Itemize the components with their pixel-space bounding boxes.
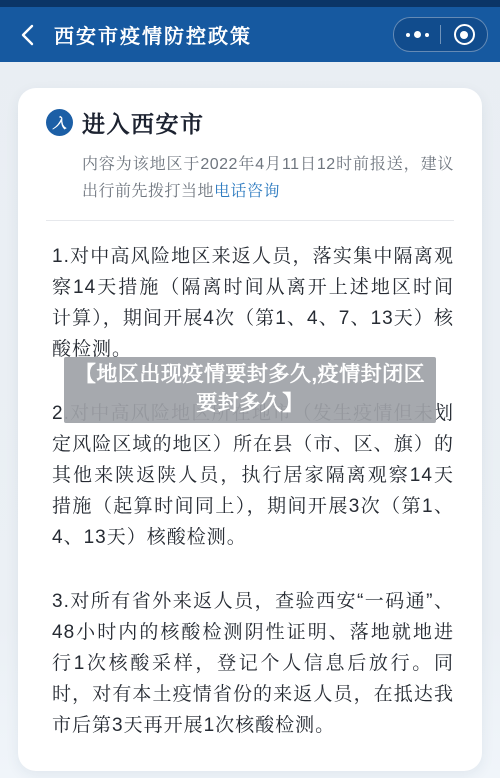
notice: 内容为该地区于2022年4月11日12时前报送，建议出行前先拨打当地电话咨询 bbox=[82, 151, 454, 205]
page: 西安市疫情防控政策 入 进入西安市 内容为该地区于2022年4月11日12时前报… bbox=[0, 0, 500, 778]
watermark-overlay: 【地区出现疫情要封多久,疫情封闭区要封多久】 bbox=[64, 357, 436, 423]
policy-paragraph-3: 3.对所有省外来返人员，查验西安“一码通”、48小时内的核酸检测阴性证明、落地就… bbox=[46, 586, 454, 741]
policy-paragraph-1: 1.对中高风险地区来返人员，落实集中隔离观察14天措施（隔离时间从离开上述地区时… bbox=[46, 241, 454, 365]
target-icon bbox=[454, 24, 475, 45]
more-button[interactable] bbox=[394, 18, 440, 51]
miniprogram-capsule bbox=[393, 17, 488, 52]
divider bbox=[46, 220, 454, 221]
page-title: 进入西安市 bbox=[82, 106, 205, 139]
entry-icon: 入 bbox=[46, 109, 73, 136]
card-header: 入 进入西安市 bbox=[46, 106, 454, 139]
exit-button[interactable] bbox=[441, 18, 487, 51]
navbar-title: 西安市疫情防控政策 bbox=[54, 20, 393, 49]
more-dots-icon bbox=[406, 31, 429, 38]
phone-consult-link[interactable]: 电话咨询 bbox=[214, 183, 280, 200]
back-button[interactable] bbox=[12, 19, 44, 51]
entry-icon-glyph: 入 bbox=[53, 113, 67, 133]
status-strip bbox=[0, 0, 500, 7]
navbar: 西安市疫情防控政策 bbox=[0, 7, 500, 62]
policy-card: 入 进入西安市 内容为该地区于2022年4月11日12时前报送，建议出行前先拨打… bbox=[18, 88, 482, 771]
chevron-left-icon bbox=[18, 23, 38, 47]
